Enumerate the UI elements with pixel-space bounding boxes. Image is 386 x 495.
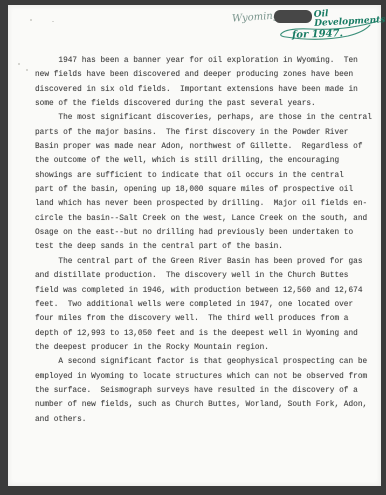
scan-frame: Wyoming Oil Developments for 1947. 1947 … [0, 0, 386, 495]
paragraph: The central part of the Green River Basi… [35, 255, 365, 355]
scan-speck [26, 69, 28, 71]
redaction-mark [274, 10, 312, 23]
paragraph: The most significant discoveries, perhap… [35, 111, 365, 254]
scan-speck [18, 63, 20, 65]
handwritten-subtitle: for 1947. [292, 28, 343, 41]
handwritten-annotation: Wyoming Oil Developments for 1947. [226, 7, 386, 45]
scan-speck [52, 21, 54, 22]
typewritten-text: 1947 has been a banner year for oil expl… [35, 54, 365, 427]
scan-speck [30, 19, 32, 21]
handwritten-title: Oil Developments [314, 7, 386, 29]
paragraph: 1947 has been a banner year for oil expl… [35, 54, 365, 111]
document-page: Wyoming Oil Developments for 1947. 1947 … [8, 5, 381, 486]
paragraph: A second significant factor is that geop… [35, 355, 365, 427]
